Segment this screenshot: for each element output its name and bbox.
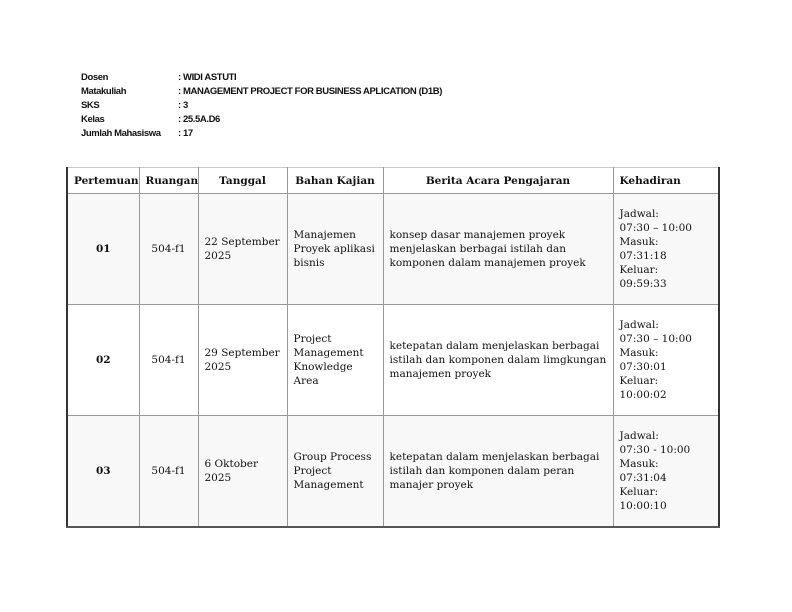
keluar-value: 10:00:10 [620,499,713,513]
jadwal-value: 07:30 - 10:00 [620,443,713,457]
table-row: 02 504-f1 29 September 2025 Project Mana… [67,305,719,416]
keluar-label: Keluar: [620,485,713,499]
cell-pertemuan: 03 [67,416,139,528]
cell-ruangan: 504-f1 [139,305,198,416]
masuk-value: 07:31:04 [620,471,713,485]
cell-berita-acara: ketepatan dalam menjelaskan berbagai ist… [383,416,613,528]
header-kehadiran: Kehadiran [613,168,719,194]
info-row-kelas: Kelas : 25.5A.D6 [81,113,442,127]
cell-kehadiran: Jadwal: 07:30 - 10:00 Masuk: 07:31:04 Ke… [613,416,719,528]
course-info: Dosen : WIDI ASTUTI Matakuliah : MANAGEM… [81,71,442,141]
header-pertemuan: Pertemuan [67,168,139,194]
cell-bahan-kajian: Project Management Knowledge Area [287,305,383,416]
table-row: 01 504-f1 22 September 2025 Manajemen Pr… [67,194,719,305]
header-ruangan: Ruangan [139,168,198,194]
jadwal-label: Jadwal: [620,429,713,443]
info-label: Matakuliah [81,85,178,99]
info-value: : 3 [178,99,188,113]
keluar-value: 10:00:02 [620,388,713,402]
info-value: : 17 [178,127,193,141]
info-row-sks: SKS : 3 [81,99,442,113]
info-label: Jumlah Mahasiswa [81,127,178,141]
cell-tanggal: 6 Oktober 2025 [198,416,287,528]
info-label: SKS [81,99,178,113]
jadwal-label: Jadwal: [620,207,713,221]
cell-kehadiran: Jadwal: 07:30 – 10:00 Masuk: 07:30:01 Ke… [613,305,719,416]
info-label: Kelas [81,113,178,127]
keluar-label: Keluar: [620,263,713,277]
masuk-label: Masuk: [620,346,713,360]
jadwal-label: Jadwal: [620,318,713,332]
header-tanggal: Tanggal [198,168,287,194]
masuk-value: 07:30:01 [620,360,713,374]
cell-tanggal: 29 September 2025 [198,305,287,416]
masuk-label: Masuk: [620,235,713,249]
cell-bahan-kajian: Group Process Project Management [287,416,383,528]
cell-tanggal: 22 September 2025 [198,194,287,305]
jadwal-value: 07:30 – 10:00 [620,332,713,346]
cell-pertemuan: 02 [67,305,139,416]
masuk-label: Masuk: [620,457,713,471]
cell-ruangan: 504-f1 [139,194,198,305]
info-value: : MANAGEMENT PROJECT FOR BUSINESS APLICA… [178,85,442,99]
keluar-value: 09:59:33 [620,277,713,291]
jadwal-value: 07:30 – 10:00 [620,221,713,235]
info-row-jumlah-mahasiswa: Jumlah Mahasiswa : 17 [81,127,442,141]
table-row: 03 504-f1 6 Oktober 2025 Group Process P… [67,416,719,528]
cell-kehadiran: Jadwal: 07:30 – 10:00 Masuk: 07:31:18 Ke… [613,194,719,305]
info-value: : WIDI ASTUTI [178,71,236,85]
cell-bahan-kajian: Manajemen Proyek aplikasi bisnis [287,194,383,305]
table-header-row: Pertemuan Ruangan Tanggal Bahan Kajian B… [67,168,719,194]
header-bahan-kajian: Bahan Kajian [287,168,383,194]
cell-ruangan: 504-f1 [139,416,198,528]
cell-berita-acara: ketepatan dalam menjelaskan berbagai ist… [383,305,613,416]
info-label: Dosen [81,71,178,85]
info-value: : 25.5A.D6 [178,113,220,127]
info-row-matakuliah: Matakuliah : MANAGEMENT PROJECT FOR BUSI… [81,85,442,99]
cell-pertemuan: 01 [67,194,139,305]
header-berita-acara: Berita Acara Pengajaran [383,168,613,194]
keluar-label: Keluar: [620,374,713,388]
attendance-table: Pertemuan Ruangan Tanggal Bahan Kajian B… [66,167,720,528]
masuk-value: 07:31:18 [620,249,713,263]
info-row-dosen: Dosen : WIDI ASTUTI [81,71,442,85]
cell-berita-acara: konsep dasar manajemen proyek menjelaska… [383,194,613,305]
